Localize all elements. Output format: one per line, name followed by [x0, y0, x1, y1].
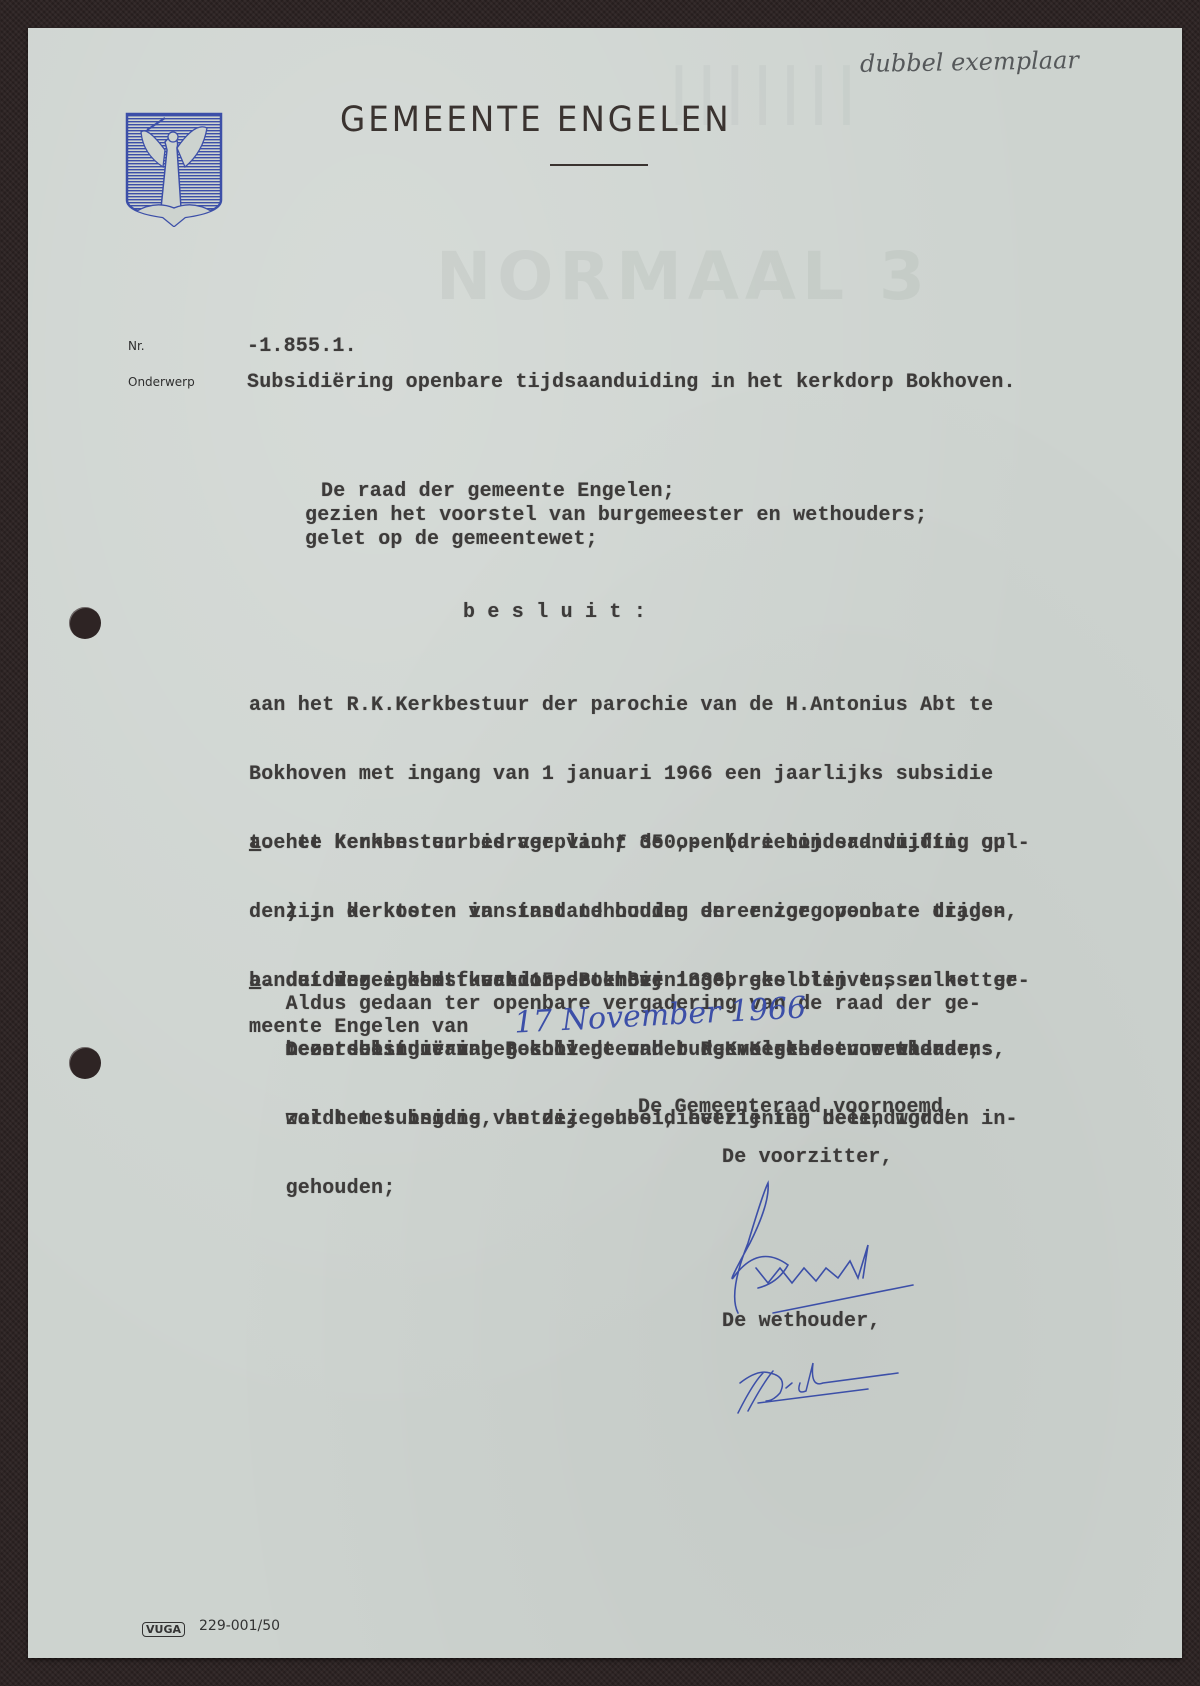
alderman-title: De wethouder,	[722, 1310, 881, 1333]
preamble-line-1: De raad der gemeente Engelen;	[321, 480, 675, 503]
subject-label: Onderwerp	[128, 375, 195, 389]
body-line: Bokhoven met ingang van 1 januari 1966 e…	[249, 763, 1030, 786]
condition-b-line: meentebestuur van Bokhoven en het R.K.Ke…	[286, 1039, 982, 1062]
letterhead-title: GEMEENTE ENGELEN	[340, 100, 732, 140]
condition-a-marker: a	[249, 832, 261, 855]
punch-hole	[69, 607, 101, 639]
preamble-line-2: gezien het voorstel van burgemeester en …	[305, 504, 927, 527]
decision-word: b e s l u i t :	[463, 601, 646, 624]
document-page: ||||||| NORMAAL 3 GEMEENTE ENGELEN dubbe…	[28, 28, 1182, 1658]
condition-a-line: gehouden;	[286, 1177, 396, 1200]
condition-b: b. de overeenkomst van 15 december 1836,…	[249, 924, 1030, 1177]
preamble-line-3: gelet op de gemeentewet;	[305, 528, 598, 551]
handwritten-note: dubbel exemplaar	[860, 46, 1079, 78]
alderman-signature	[718, 1343, 918, 1443]
chair-title: De voorzitter,	[722, 1146, 893, 1169]
body-line: aan het R.K.Kerkbestuur der parochie van…	[249, 694, 1030, 717]
nr-label: Nr.	[128, 339, 145, 353]
nr-value: -1.855.1.	[247, 335, 357, 358]
condition-b-line: de overeenkomst van 15 december 1836, ge…	[286, 970, 1030, 993]
council-signoff: De Gemeenteraad voornoemd,	[638, 1096, 955, 1119]
form-code: 229-001/50	[199, 1618, 280, 1634]
chair-signature	[688, 1173, 928, 1323]
shield-with-angel-icon	[125, 112, 223, 227]
subject-value: Subsidiëring openbare tijdsaanduiding in…	[247, 371, 1016, 394]
condition-a-line: zijn kerktoren in stand te houden en er …	[286, 901, 1018, 924]
condition-a-line: het Kerkbestuur is verplicht de openbare…	[286, 832, 1006, 855]
closing-line-2: meente Engelen van	[249, 1016, 469, 1039]
printer-logo: VUGA	[142, 1622, 185, 1637]
watermark: NORMAAL 3	[436, 238, 931, 315]
title-divider	[550, 164, 648, 166]
punch-hole	[69, 1047, 101, 1079]
condition-b-marker: b	[249, 970, 261, 993]
